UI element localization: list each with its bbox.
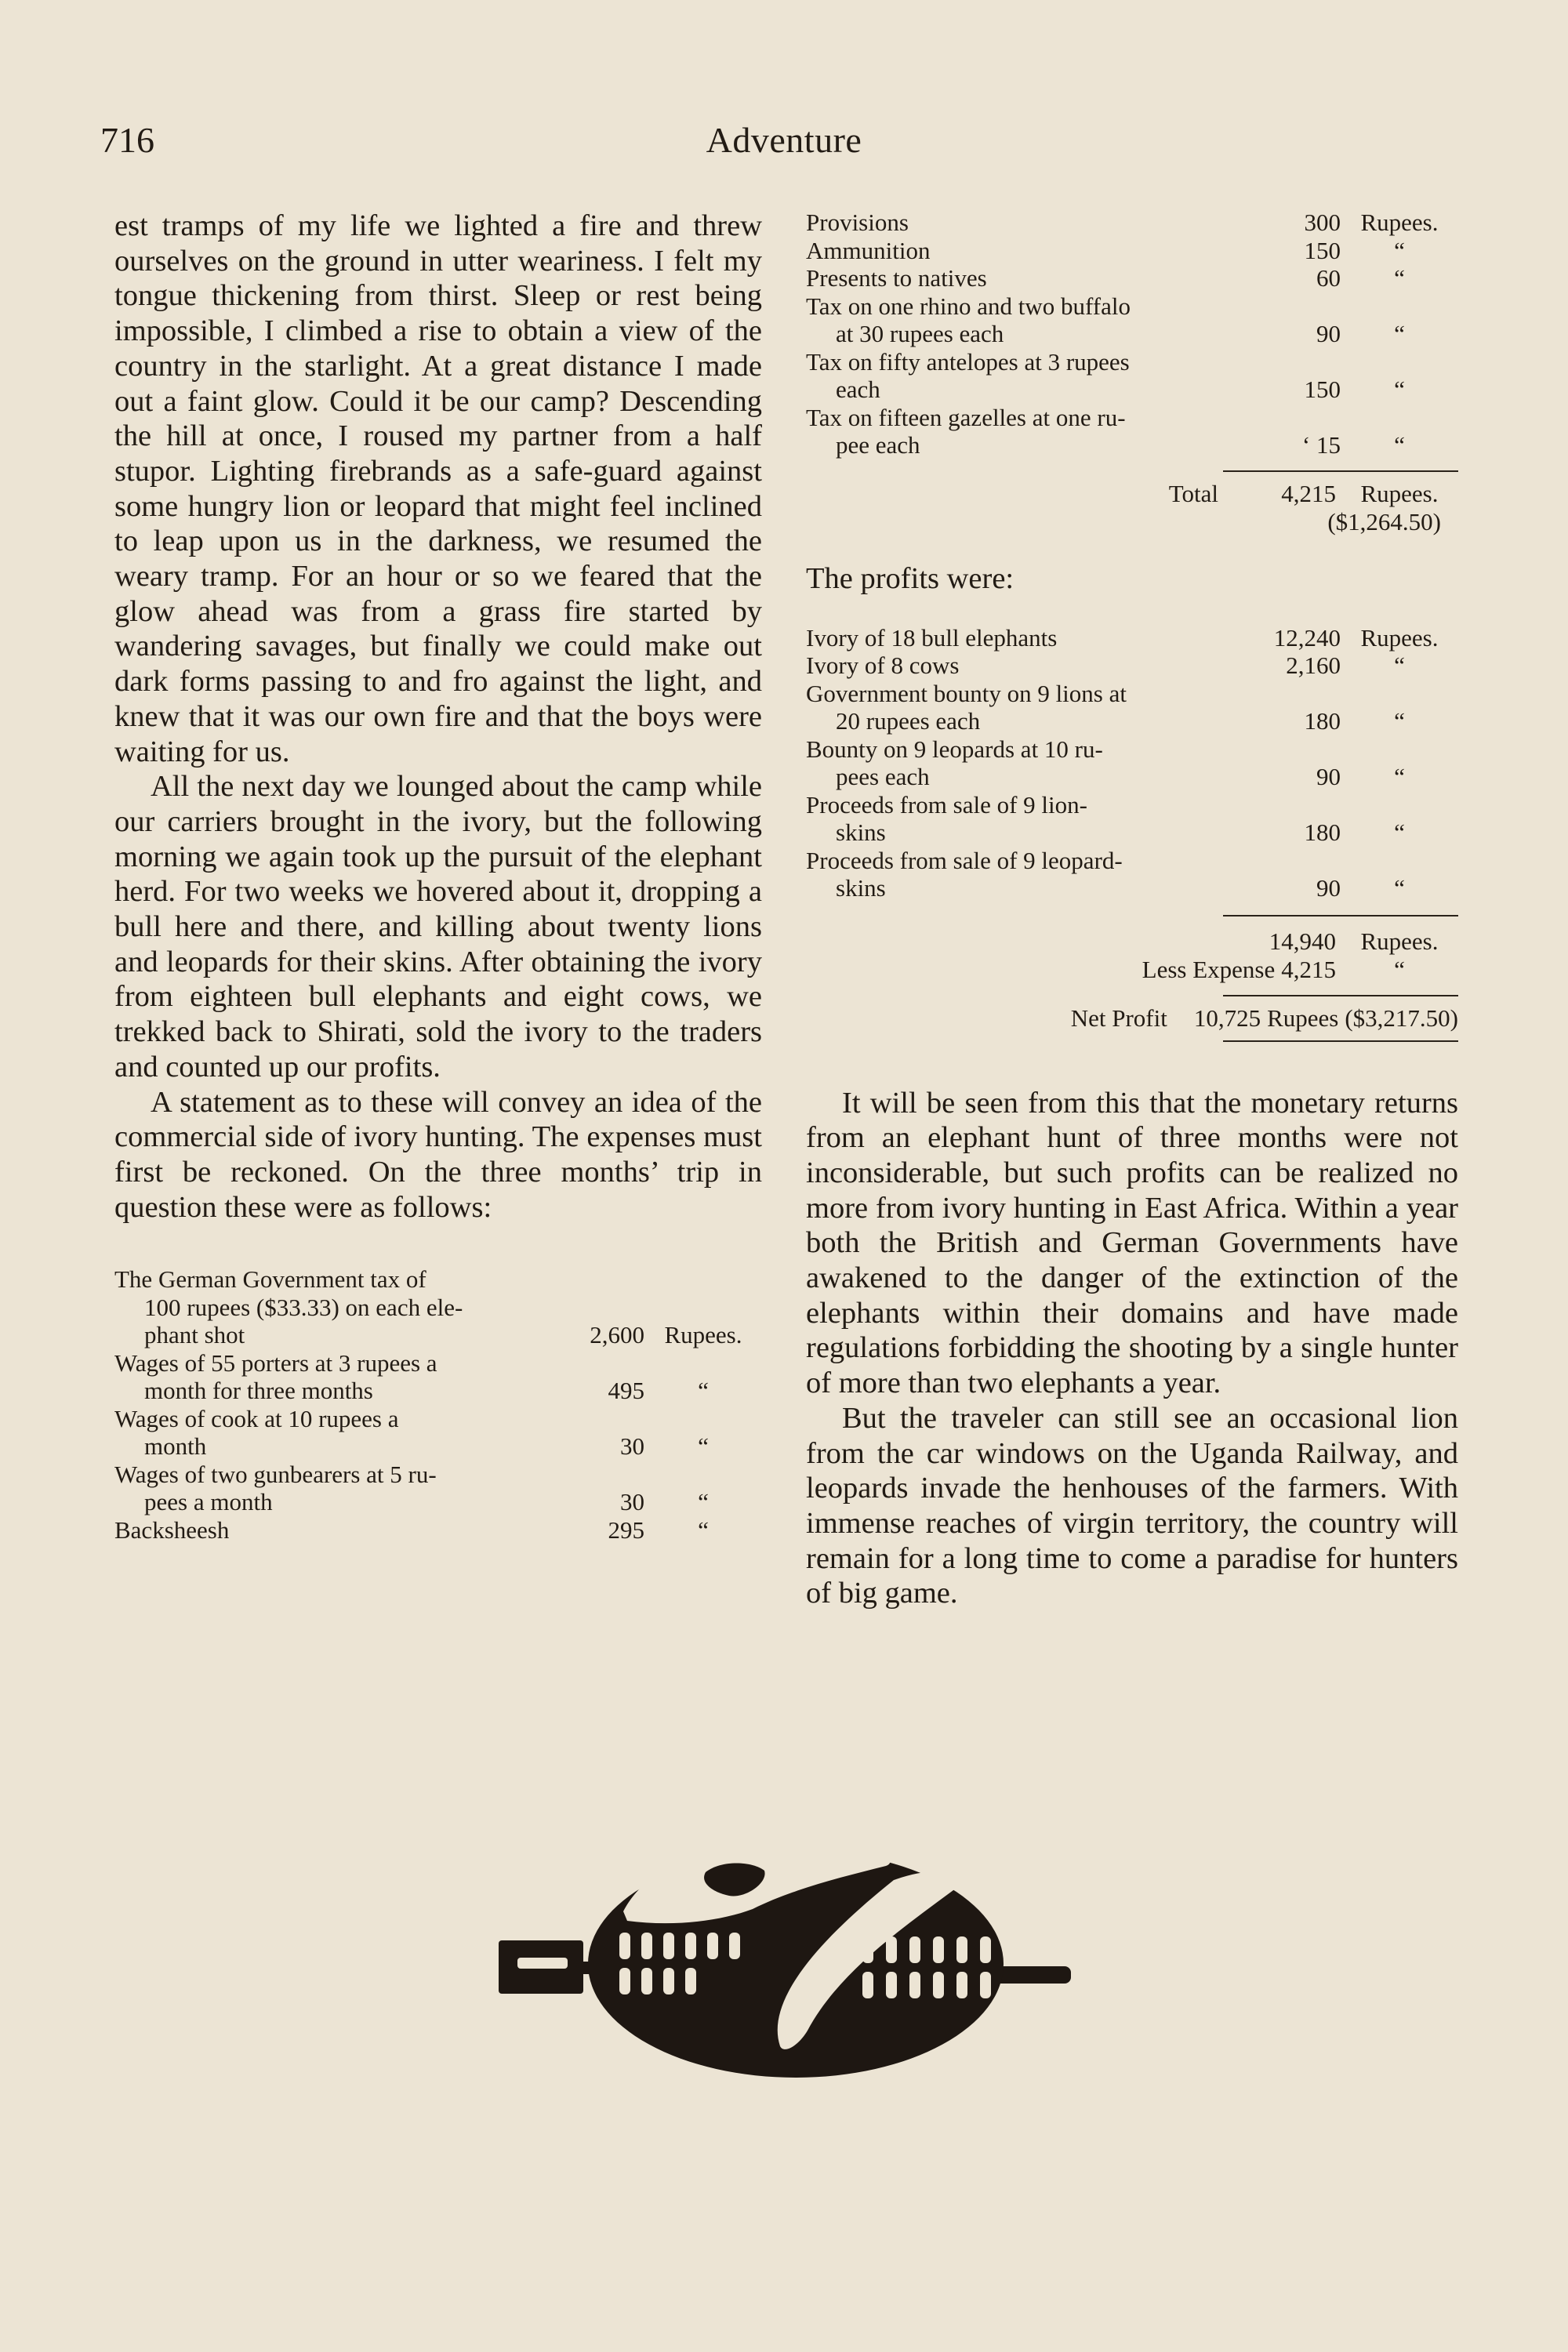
ledger-item-line: Ivory of 8 cows: [806, 652, 1223, 680]
ledger-item-line: Provisions: [806, 209, 1223, 237]
profit-rows: Ivory of 18 bull elephants12,240Rupees.I…: [806, 624, 1458, 902]
ledger-item-line: at 30 rupees each: [806, 320, 1223, 348]
ledger-item-line: pees each: [806, 763, 1223, 791]
gross-row: 14,940 Rupees.: [806, 927, 1458, 956]
ledger-item-amount: 295: [495, 1516, 644, 1544]
ledger-item-amount: 2,160: [1223, 652, 1341, 680]
total-dollars: ($1,264.50): [1327, 508, 1458, 536]
running-title: Adventure: [0, 119, 1568, 161]
ledger-item-line: Tax on fifteen gazelles at one ru-: [806, 404, 1223, 432]
total-label: Total: [1169, 480, 1218, 508]
ledger-row: Wages of two gunbearers at 5 ru-pees a m…: [114, 1461, 762, 1516]
left-column: est tramps of my life we lighted a fire …: [114, 209, 762, 1544]
magazine-page: 716 Adventure est tramps of my life we l…: [0, 0, 1568, 2352]
less-expense-amount: 4,215: [1275, 956, 1341, 984]
ledger-item-unit: Rupees.: [644, 1265, 762, 1349]
ledger-item-unit: Rupees.: [1341, 624, 1458, 652]
ledger-item-line: skins: [806, 818, 1223, 847]
net-profit-unit: Rupees: [1267, 1004, 1345, 1033]
ledger-row: Proceeds from sale of 9 leopard-skins90“: [806, 847, 1458, 902]
ledger-item-amount: 90: [1223, 847, 1341, 902]
net-profit-dollars: ($3,217.50): [1345, 1004, 1458, 1033]
ledger-item-line: pee each: [806, 431, 1223, 459]
ledger-item-description: The German Government tax of100 rupees (…: [114, 1265, 495, 1349]
ledger-item-amount: 60: [1223, 264, 1341, 292]
ledger-item-amount: 180: [1223, 791, 1341, 847]
ledger-item-line: Wages of two gunbearers at 5 ru-: [114, 1461, 495, 1489]
ledger-item-line: Wages of cook at 10 rupees a: [114, 1405, 495, 1433]
ledger-item-description: Ivory of 18 bull elephants: [806, 624, 1223, 652]
ledger-item-description: Bounty on 9 leopards at 10 ru-pees each: [806, 735, 1223, 791]
gross-amount: 14,940: [1269, 927, 1341, 956]
ledger-row: Ivory of 8 cows2,160“: [806, 652, 1458, 680]
body-paragraph: All the next day we lounged about the ca…: [114, 769, 762, 1084]
ledger-item-amount: 150: [1223, 237, 1341, 265]
ledger-row: The German Government tax of100 rupees (…: [114, 1265, 762, 1349]
gross-rule-wrap: [806, 915, 1458, 916]
ledger-item-unit: “: [1341, 791, 1458, 847]
ledger-item-unit: “: [1341, 237, 1458, 265]
ledger-item-unit: “: [1341, 404, 1458, 459]
ledger-item-line: Tax on fifty antelopes at 3 rupees: [806, 348, 1223, 376]
less-expense-unit: “: [1341, 956, 1458, 984]
ledger-item-amount: 12,240: [1223, 624, 1341, 652]
ledger-item-line: The German Government tax of: [114, 1265, 495, 1294]
ledger-item-line: Proceeds from sale of 9 leopard-: [806, 847, 1223, 875]
ledger-item-unit: “: [1341, 735, 1458, 791]
ledger-item-unit: “: [1341, 680, 1458, 735]
ledger-item-unit: “: [644, 1461, 762, 1516]
ledger-item-line: Backsheesh: [114, 1516, 495, 1544]
ledger-item-line: Tax on one rhino and two buffalo: [806, 292, 1223, 321]
expense-total-row: Total 4,215 Rupees.: [806, 480, 1458, 508]
ledger-item-description: Provisions: [806, 209, 1223, 237]
ledger-item-unit: Rupees.: [1341, 209, 1458, 237]
ledger-item-amount: 90: [1223, 735, 1341, 791]
ledger-item-line: 100 rupees ($33.33) on each ele-: [114, 1294, 495, 1322]
right-column: Provisions300Rupees.Ammunition150“Presen…: [806, 209, 1458, 1611]
ledger-row: Ivory of 18 bull elephants12,240Rupees.: [806, 624, 1458, 652]
ledger-item-description: Backsheesh: [114, 1516, 495, 1544]
net-profit-amount: 10,725: [1194, 1004, 1267, 1033]
ledger-item-unit: “: [1341, 264, 1458, 292]
ledger-item-description: Government bounty on 9 lions at20 rupees…: [806, 680, 1223, 735]
less-expense-label: Less Expense: [1142, 956, 1276, 984]
ledger-item-description: Presents to natives: [806, 264, 1223, 292]
total-unit: Rupees.: [1341, 480, 1458, 508]
ledger-item-line: month: [114, 1432, 495, 1461]
ledger-item-description: Wages of cook at 10 rupees amonth: [114, 1405, 495, 1461]
net-profit-row: Net Profit 10,725 Rupees ($3,217.50): [806, 1004, 1458, 1033]
total-rule-wrap: [806, 470, 1458, 472]
ledger-item-unit: “: [644, 1349, 762, 1405]
ledger-item-line: skins: [806, 874, 1223, 902]
ledger-item-line: Wages of 55 porters at 3 rupees a: [114, 1349, 495, 1377]
total-amount: 4,215: [1218, 480, 1341, 508]
ledger-item-description: Ammunition: [806, 237, 1223, 265]
ledger-item-description: Wages of two gunbearers at 5 ru-pees a m…: [114, 1461, 495, 1516]
gross-rule: [1223, 915, 1458, 916]
ledger-row: Backsheesh295“: [114, 1516, 762, 1544]
net-rule: [1223, 995, 1458, 996]
ledger-item-line: 20 rupees each: [806, 707, 1223, 735]
ledger-item-amount: 150: [1223, 348, 1341, 404]
profits-table: Ivory of 18 bull elephants12,240Rupees.I…: [806, 624, 1458, 902]
ledger-row: Provisions300Rupees.: [806, 209, 1458, 237]
ledger-item-amount: 300: [1223, 209, 1341, 237]
ledger-row: Tax on fifty antelopes at 3 rupeeseach15…: [806, 348, 1458, 404]
ledger-row: Tax on one rhino and two buffaloat 30 ru…: [806, 292, 1458, 348]
ledger-item-unit: “: [644, 1405, 762, 1461]
ledger-item-description: Tax on one rhino and two buffaloat 30 ru…: [806, 292, 1223, 348]
ledger-item-unit: “: [1341, 348, 1458, 404]
body-paragraph: A statement as to these will convey an i…: [114, 1085, 762, 1225]
ledger-item-description: Ivory of 8 cows: [806, 652, 1223, 680]
ledger-item-line: Ammunition: [806, 237, 1223, 265]
ledger-row: Wages of cook at 10 rupees amonth30“: [114, 1405, 762, 1461]
ledger-item-amount: 2,600: [495, 1265, 644, 1349]
ledger-row: Presents to natives60“: [806, 264, 1458, 292]
ledger-item-line: each: [806, 376, 1223, 404]
ledger-row: Tax on fifteen gazelles at one ru-pee ea…: [806, 404, 1458, 459]
expense-table: The German Government tax of100 rupees (…: [114, 1265, 762, 1544]
net-profit-label: Net Profit: [1071, 1004, 1194, 1033]
ledger-item-line: Proceeds from sale of 9 lion-: [806, 791, 1223, 819]
ledger-item-line: phant shot: [114, 1321, 495, 1349]
less-expense-row: Less Expense 4,215 “: [806, 956, 1458, 984]
ledger-item-description: Proceeds from sale of 9 lion-skins: [806, 791, 1223, 847]
ledger-item-line: month for three months: [114, 1377, 495, 1405]
body-paragraph: But the traveler can still see an occasi…: [806, 1401, 1458, 1611]
ledger-item-description: Proceeds from sale of 9 leopard-skins: [806, 847, 1223, 902]
ledger-row: Proceeds from sale of 9 lion-skins180“: [806, 791, 1458, 847]
tailpiece-woodcut-icon: [494, 1811, 1074, 2078]
profits-heading: The profits were:: [806, 561, 1458, 596]
ledger-item-unit: “: [1341, 292, 1458, 348]
gross-unit: Rupees.: [1341, 927, 1458, 956]
running-head: 716 Adventure: [0, 119, 1568, 166]
body-paragraph: It will be seen from this that the mone­…: [806, 1086, 1458, 1401]
ledger-item-line: Presents to natives: [806, 264, 1223, 292]
ledger-item-unit: “: [644, 1516, 762, 1544]
ledger-item-line: pees a month: [114, 1488, 495, 1516]
ledger-row: Ammunition150“: [806, 237, 1458, 265]
ledger-item-amount: 90: [1223, 292, 1341, 348]
ledger-row: Government bounty on 9 lions at20 rupees…: [806, 680, 1458, 735]
ledger-item-line: Government bounty on 9 lions at: [806, 680, 1223, 708]
ledger-item-line: Ivory of 18 bull elephants: [806, 624, 1223, 652]
ledger-item-unit: “: [1341, 652, 1458, 680]
ledger-item-amount: 30: [495, 1461, 644, 1516]
ledger-row: Bounty on 9 leopards at 10 ru-pees each9…: [806, 735, 1458, 791]
expense-total-dollars-row: ($1,264.50): [806, 508, 1458, 536]
ledger-item-line: Bounty on 9 leopards at 10 ru-: [806, 735, 1223, 764]
ledger-item-description: Wages of 55 porters at 3 rupees amonth f…: [114, 1349, 495, 1405]
total-rule: [1223, 470, 1458, 472]
ledger-item-description: Tax on fifty antelopes at 3 rupeeseach: [806, 348, 1223, 404]
expense-rows: The German Government tax of100 rupees (…: [114, 1265, 762, 1544]
ledger-item-amount: 30: [495, 1405, 644, 1461]
ledger-item-amount: 495: [495, 1349, 644, 1405]
body-paragraph: est tramps of my life we lighted a fire …: [114, 209, 762, 769]
ledger-item-amount: ‘ 15: [1223, 404, 1341, 459]
ledger-item-description: Tax on fifteen gazelles at one ru-pee ea…: [806, 404, 1223, 459]
ledger-row: Wages of 55 porters at 3 rupees amonth f…: [114, 1349, 762, 1405]
expense-rows: Provisions300Rupees.Ammunition150“Presen…: [806, 209, 1458, 459]
ledger-item-amount: 180: [1223, 680, 1341, 735]
net-rule-wrap: [806, 995, 1458, 996]
expense-table-continued: Provisions300Rupees.Ammunition150“Presen…: [806, 209, 1458, 459]
ledger-item-unit: “: [1341, 847, 1458, 902]
final-rule: [1223, 1040, 1458, 1042]
